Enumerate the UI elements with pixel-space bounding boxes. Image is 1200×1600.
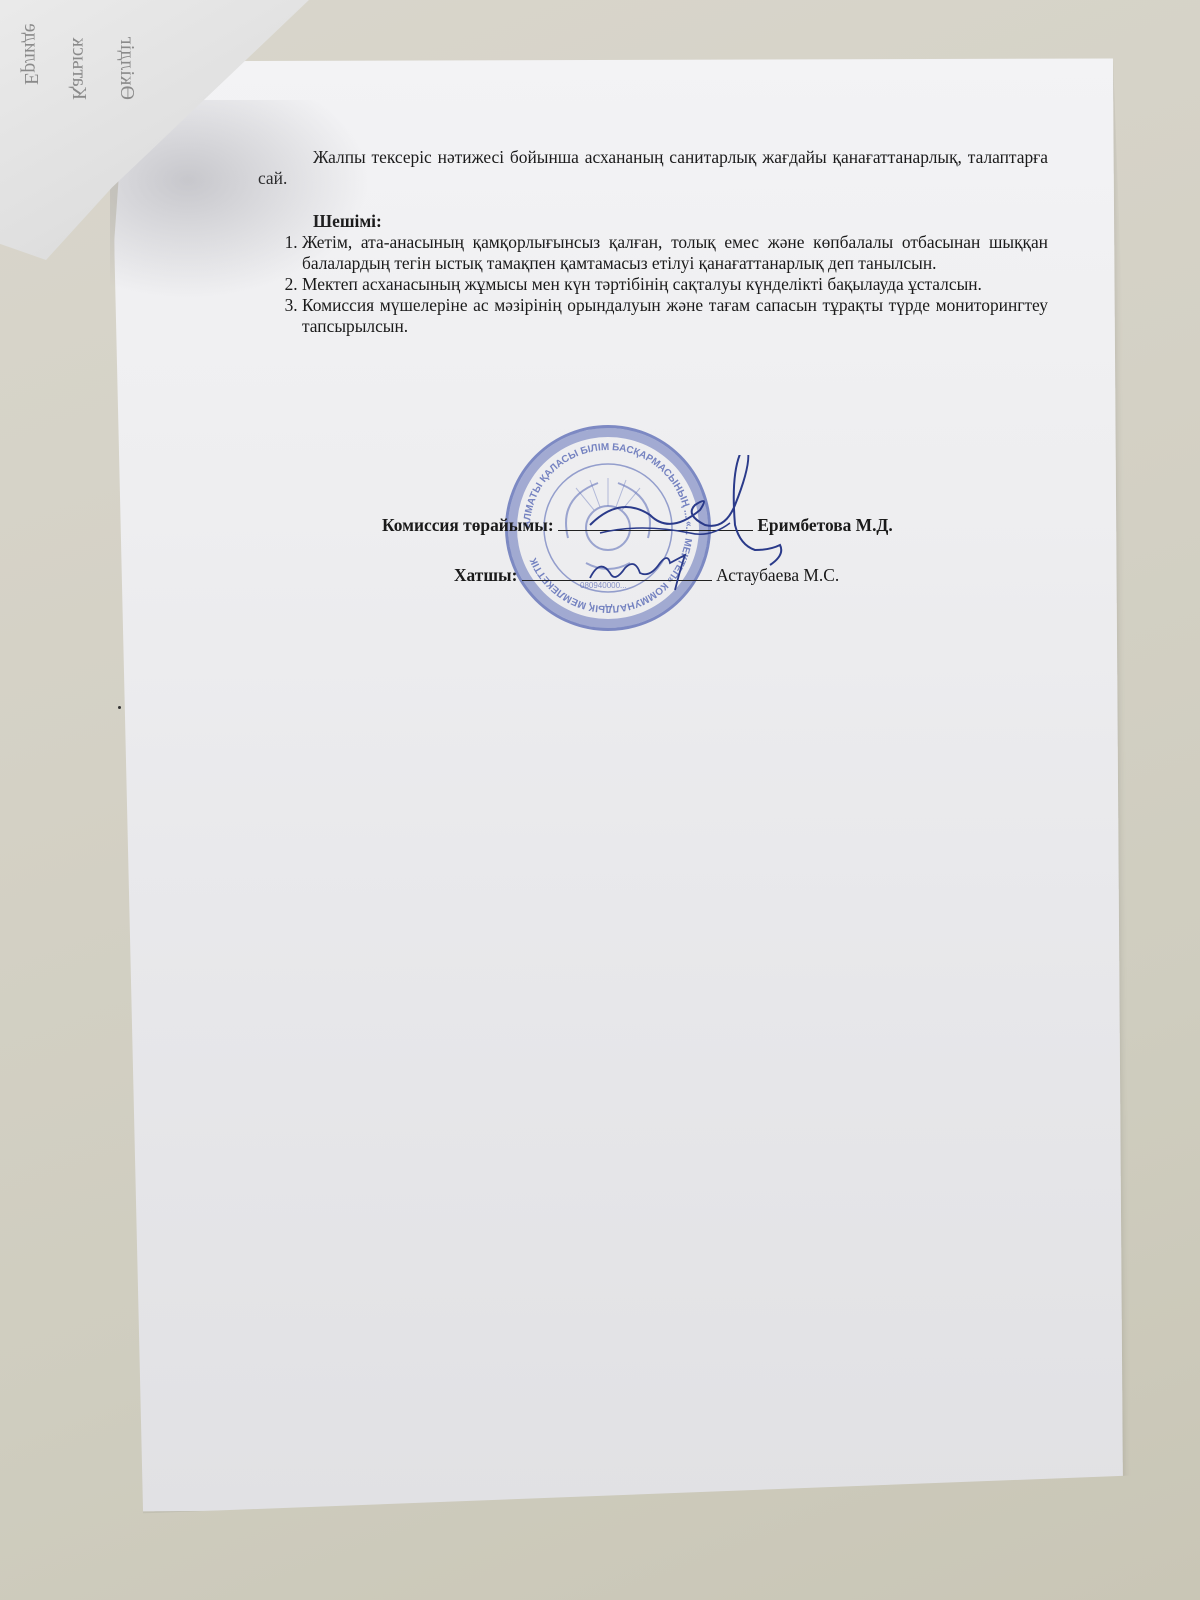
secretary-signature-icon — [585, 550, 705, 595]
decision-item: Жетім, ата-анасының қамқорлығынсыз қалға… — [302, 232, 1048, 274]
intro-paragraph: Жалпы тексеріс нәтижесі бойынша асхананы… — [258, 147, 1048, 189]
decision-heading: Шешімі: — [313, 211, 1048, 232]
curl-fragment: Ерлиде — [19, 23, 42, 85]
decision-list: Жетім, ата-анасының қамқорлығынсыз қалға… — [258, 232, 1048, 337]
curl-fragment: Өкілдіг — [115, 36, 138, 100]
curl-fragment: Қатыск — [67, 38, 90, 100]
speck — [118, 706, 121, 709]
secretary-label: Хатшы: — [454, 565, 517, 585]
decision-item: Комиссия мүшелеріне ас мәзірінің орындал… — [302, 295, 1048, 337]
chair-label: Комиссия төрайымы: — [382, 515, 554, 535]
document-body: Жалпы тексеріс нәтижесі бойынша асхананы… — [258, 147, 1048, 337]
decision-item: Мектеп асханасының жұмысы мен күн тәртіб… — [302, 274, 1048, 295]
